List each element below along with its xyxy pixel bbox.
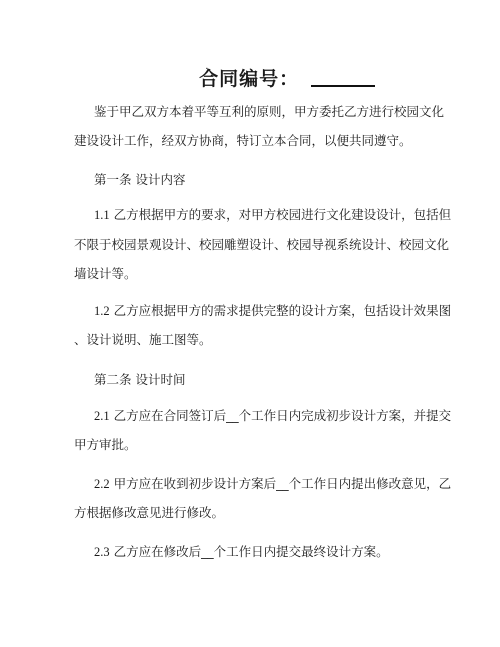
clause-number: 1.2	[94, 304, 110, 318]
clause-2-2-line-2: 方根据修改意见进行修改。	[74, 505, 224, 521]
clause-number: 2.2	[94, 477, 110, 491]
clause-number: 2.1	[94, 409, 110, 423]
clause-number: 1.1	[94, 208, 110, 222]
clause-text: 乙方应在修改后__个工作日内提交最终设计方案。	[110, 544, 389, 559]
clause-1-2-line-1: 1.2 乙方应根据甲方的需求提供完整的设计方案，包括设计效果图	[94, 303, 451, 319]
title-mark: ·	[205, 64, 209, 75]
clause-number: 2.3	[94, 545, 110, 559]
clause-2-3-line-1: 2.3 乙方应在修改后__个工作日内提交最终设计方案。	[94, 544, 389, 560]
clause-text: 乙方根据甲方的要求，对甲方校园进行文化建设设计，包括但	[110, 207, 451, 222]
preamble-line-1: 鉴于甲乙双方本着平等互利的原则，甲方委托乙方进行校园文化	[94, 104, 444, 120]
contract-number-blank	[311, 67, 375, 87]
clause-2-1-line-2: 甲方审批。	[74, 437, 137, 453]
clause-text: 乙方应在合同签订后__个工作日内完成初步设计方案，并提交	[110, 408, 451, 423]
clause-1-1-line-3: 墙设计等。	[74, 266, 137, 282]
clause-2-2-line-1: 2.2 甲方应在收到初步设计方案后__个工作日内提出修改意见，乙	[94, 476, 451, 492]
article-2-heading: 第二条 设计时间	[94, 372, 185, 388]
clause-1-1-line-1: 1.1 乙方根据甲方的要求，对甲方校园进行文化建设设计，包括但	[94, 207, 451, 223]
clause-text: 甲方应在收到初步设计方案后__个工作日内提出修改意见，乙	[110, 476, 451, 491]
clause-2-1-line-1: 2.1 乙方应在合同签订后__个工作日内完成初步设计方案，并提交	[94, 408, 451, 424]
article-1-heading: 第一条 设计内容	[94, 172, 185, 188]
contract-number-title: · 合同编号：	[0, 64, 500, 91]
clause-text: 乙方应根据甲方的需求提供完整的设计方案，包括设计效果图	[110, 303, 451, 318]
clause-1-2-line-2: 、设计说明、施工图等。	[74, 332, 212, 348]
preamble-line-2: 建设设计工作，经双方协商，特订立本合同，以便共同遵守。	[74, 133, 412, 149]
contract-number-label: 合同编号：	[199, 68, 299, 90]
clause-1-1-line-2: 不限于校园景观设计、校园雕塑设计、校园导视系统设计、校园文化	[74, 237, 449, 253]
